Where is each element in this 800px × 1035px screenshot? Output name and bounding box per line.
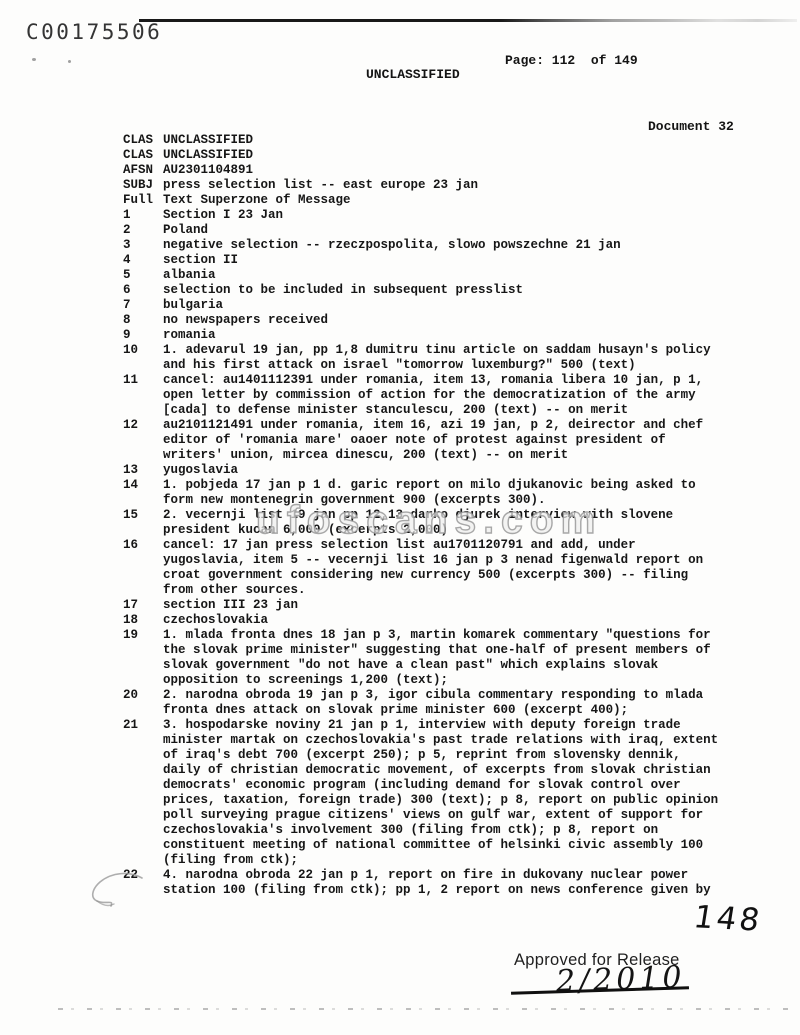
item-number: 14: [123, 478, 163, 493]
item-text-line: croat government considering new currenc…: [163, 568, 703, 583]
item-text: yugoslavia: [163, 463, 238, 478]
numbered-item: 9romania: [123, 328, 743, 343]
item-text-line: president kucan 6,000 (excerpts 2,000): [163, 523, 673, 538]
numbered-item: 5albania: [123, 268, 743, 283]
item-text-line: bulgaria: [163, 298, 223, 313]
item-text-line: 2. narodna obroda 19 jan p 3, igor cibul…: [163, 688, 703, 703]
item-number: 9: [123, 328, 163, 343]
item-text: 1. adevarul 19 jan, pp 1,8 dumitru tinu …: [163, 343, 711, 373]
item-text: Section I 23 Jan: [163, 208, 283, 223]
line-label: Full: [123, 193, 163, 208]
item-text-line: slovak government "do not have a clean p…: [163, 658, 711, 673]
numbered-item: 213. hospodarske noviny 21 jan p 1, inte…: [123, 718, 743, 868]
numbered-item: 101. adevarul 19 jan, pp 1,8 dumitru tin…: [123, 343, 743, 373]
item-text-line: (filing from ctk);: [163, 853, 718, 868]
item-text-line: au2101121491 under romania, item 16, azi…: [163, 418, 703, 433]
numbered-item: 12au2101121491 under romania, item 16, a…: [123, 418, 743, 463]
item-text: selection to be included in subsequent p…: [163, 283, 523, 298]
item-text: romania: [163, 328, 216, 343]
item-number: 5: [123, 268, 163, 283]
numbered-item: 191. mlada fronta dnes 18 jan p 3, marti…: [123, 628, 743, 688]
item-text: au2101121491 under romania, item 16, azi…: [163, 418, 703, 463]
item-text-line: selection to be included in subsequent p…: [163, 283, 523, 298]
item-number: 1: [123, 208, 163, 223]
item-text-line: 1. mlada fronta dnes 18 jan p 3, martin …: [163, 628, 711, 643]
item-number: 2: [123, 223, 163, 238]
scan-artifact-dot: [32, 58, 36, 61]
item-text: 1. mlada fronta dnes 18 jan p 3, martin …: [163, 628, 711, 688]
numbered-item: 11cancel: au1401112391 under romania, it…: [123, 373, 743, 418]
item-number: 18: [123, 613, 163, 628]
bottom-scan-line: [58, 1008, 795, 1010]
item-text-line: cancel: 17 jan press selection list au17…: [163, 538, 703, 553]
pencil-squiggle-mark: [84, 868, 148, 920]
item-text-line: czechoslovakia's involvement 300 (filing…: [163, 823, 718, 838]
numbered-item: 7bulgaria: [123, 298, 743, 313]
item-text: bulgaria: [163, 298, 223, 313]
numbered-item: 1Section I 23 Jan: [123, 208, 743, 223]
item-text-line: section II: [163, 253, 238, 268]
item-text: 2. vecernji list 19 jan pp 12,13 darko d…: [163, 508, 673, 538]
numbered-item: 152. vecernji list 19 jan pp 12,13 darko…: [123, 508, 743, 538]
item-text-line: negative selection -- rzeczpospolita, sl…: [163, 238, 621, 253]
numbered-item: 3negative selection -- rzeczpospolita, s…: [123, 238, 743, 253]
message-block: CLASUNCLASSIFIEDCLASUNCLASSIFIEDAFSNAU23…: [123, 133, 743, 898]
line-text: Text Superzone of Message: [163, 193, 351, 208]
item-text-line: yugoslavia: [163, 463, 238, 478]
item-text-line: 3. hospodarske noviny 21 jan p 1, interv…: [163, 718, 718, 733]
item-text-line: 4. narodna obroda 22 jan p 1, report on …: [163, 868, 711, 883]
item-text-line: open letter by commission of action for …: [163, 388, 703, 403]
item-text-line: [cada] to defense minister stanculescu, …: [163, 403, 703, 418]
line-text: UNCLASSIFIED: [163, 133, 253, 148]
item-text-line: minister martak on czechoslovakia's past…: [163, 733, 718, 748]
item-text-line: editor of 'romania mare' oaoer note of p…: [163, 433, 703, 448]
message-header-line: SUBJpress selection list -- east europe …: [123, 178, 743, 193]
line-label: CLAS: [123, 133, 163, 148]
item-text: albania: [163, 268, 216, 283]
item-text-line: 1. pobjeda 17 jan p 1 d. garic report on…: [163, 478, 696, 493]
item-text-line: 1. adevarul 19 jan, pp 1,8 dumitru tinu …: [163, 343, 711, 358]
line-label: CLAS: [123, 148, 163, 163]
item-text-line: czechoslovakia: [163, 613, 268, 628]
numbered-item: 2Poland: [123, 223, 743, 238]
scan-artifact-dot: [68, 60, 71, 63]
line-label: SUBJ: [123, 178, 163, 193]
numbered-item: 17section III 23 jan: [123, 598, 743, 613]
item-text: section II: [163, 253, 238, 268]
item-text-line: constituent meeting of national committe…: [163, 838, 718, 853]
item-text-line: daily of christian democratic movement, …: [163, 763, 718, 778]
item-text-line: democrats' economic program (including d…: [163, 778, 718, 793]
handwritten-page-number: 148: [691, 899, 765, 938]
item-text-line: section III 23 jan: [163, 598, 298, 613]
item-number: 19: [123, 628, 163, 643]
item-text-line: the slovak prime minister" suggesting th…: [163, 643, 711, 658]
item-text: negative selection -- rzeczpospolita, sl…: [163, 238, 621, 253]
item-number: 7: [123, 298, 163, 313]
item-text-line: no newspapers received: [163, 313, 328, 328]
item-text-line: yugoslavia, item 5 -- vecernji list 16 j…: [163, 553, 703, 568]
item-text: 2. narodna obroda 19 jan p 3, igor cibul…: [163, 688, 703, 718]
item-text-line: from other sources.: [163, 583, 703, 598]
message-header-line: AFSNAU2301104891: [123, 163, 743, 178]
document-id: C00175506: [26, 20, 162, 44]
message-header-line: FullText Superzone of Message: [123, 193, 743, 208]
item-text-line: cancel: au1401112391 under romania, item…: [163, 373, 703, 388]
item-text-line: station 100 (filing from ctk); pp 1, 2 r…: [163, 883, 711, 898]
item-text: 1. pobjeda 17 jan p 1 d. garic report on…: [163, 478, 696, 508]
item-text: cancel: 17 jan press selection list au17…: [163, 538, 703, 598]
item-number: 3: [123, 238, 163, 253]
numbered-item: 8no newspapers received: [123, 313, 743, 328]
item-text-line: opposition to screenings 1,200 (text);: [163, 673, 711, 688]
classification-header: UNCLASSIFIED: [366, 67, 460, 82]
top-rule-line: [139, 19, 797, 22]
item-text: 3. hospodarske noviny 21 jan p 1, interv…: [163, 718, 718, 868]
item-text-line: Section I 23 Jan: [163, 208, 283, 223]
item-number: 13: [123, 463, 163, 478]
handwritten-release-date: 2/2010: [555, 960, 686, 999]
numbered-item: 18czechoslovakia: [123, 613, 743, 628]
item-number: 4: [123, 253, 163, 268]
message-header-line: CLASUNCLASSIFIED: [123, 148, 743, 163]
item-text-line: writers' union, mircea dinescu, 200 (tex…: [163, 448, 703, 463]
numbered-item: 141. pobjeda 17 jan p 1 d. garic report …: [123, 478, 743, 508]
item-number: 16: [123, 538, 163, 553]
page-number-label: Page: 112 of 149: [505, 53, 638, 68]
item-number: 10: [123, 343, 163, 358]
item-number: 20: [123, 688, 163, 703]
item-text-line: 2. vecernji list 19 jan pp 12,13 darko d…: [163, 508, 673, 523]
item-text-line: prices, taxation, foreign trade) 300 (te…: [163, 793, 718, 808]
item-text: 4. narodna obroda 22 jan p 1, report on …: [163, 868, 711, 898]
line-text: UNCLASSIFIED: [163, 148, 253, 163]
numbered-item: 16cancel: 17 jan press selection list au…: [123, 538, 743, 598]
item-text-line: romania: [163, 328, 216, 343]
item-text-line: albania: [163, 268, 216, 283]
item-number: 8: [123, 313, 163, 328]
document-scan-page: C00175506 Page: 112 of 149 UNCLASSIFIED …: [0, 0, 800, 1035]
line-text: press selection list -- east europe 23 j…: [163, 178, 478, 193]
item-text: Poland: [163, 223, 208, 238]
item-number: 6: [123, 283, 163, 298]
numbered-item: 4section II: [123, 253, 743, 268]
message-header-line: CLASUNCLASSIFIED: [123, 133, 743, 148]
item-text-line: Poland: [163, 223, 208, 238]
item-text: czechoslovakia: [163, 613, 268, 628]
item-number: 15: [123, 508, 163, 523]
item-text-line: poll surveying prague citizens' views on…: [163, 808, 718, 823]
numbered-item: 224. narodna obroda 22 jan p 1, report o…: [123, 868, 743, 898]
numbered-item: 13yugoslavia: [123, 463, 743, 478]
line-label: AFSN: [123, 163, 163, 178]
item-text: no newspapers received: [163, 313, 328, 328]
line-text: AU2301104891: [163, 163, 253, 178]
numbered-item: 202. narodna obroda 19 jan p 3, igor cib…: [123, 688, 743, 718]
item-text: section III 23 jan: [163, 598, 298, 613]
document-number-label: Document 32: [648, 119, 734, 134]
item-text-line: form new montenegrin government 900 (exc…: [163, 493, 696, 508]
item-text: cancel: au1401112391 under romania, item…: [163, 373, 703, 418]
item-number: 11: [123, 373, 163, 388]
item-number: 21: [123, 718, 163, 733]
item-text-line: of iraq's debt 700 (excerpt 250); p 5, r…: [163, 748, 718, 763]
numbered-item: 6selection to be included in subsequent …: [123, 283, 743, 298]
item-text-line: fronta dnes attack on slovak prime minis…: [163, 703, 703, 718]
item-number: 17: [123, 598, 163, 613]
item-text-line: and his first attack on israel "tomorrow…: [163, 358, 711, 373]
item-number: 12: [123, 418, 163, 433]
